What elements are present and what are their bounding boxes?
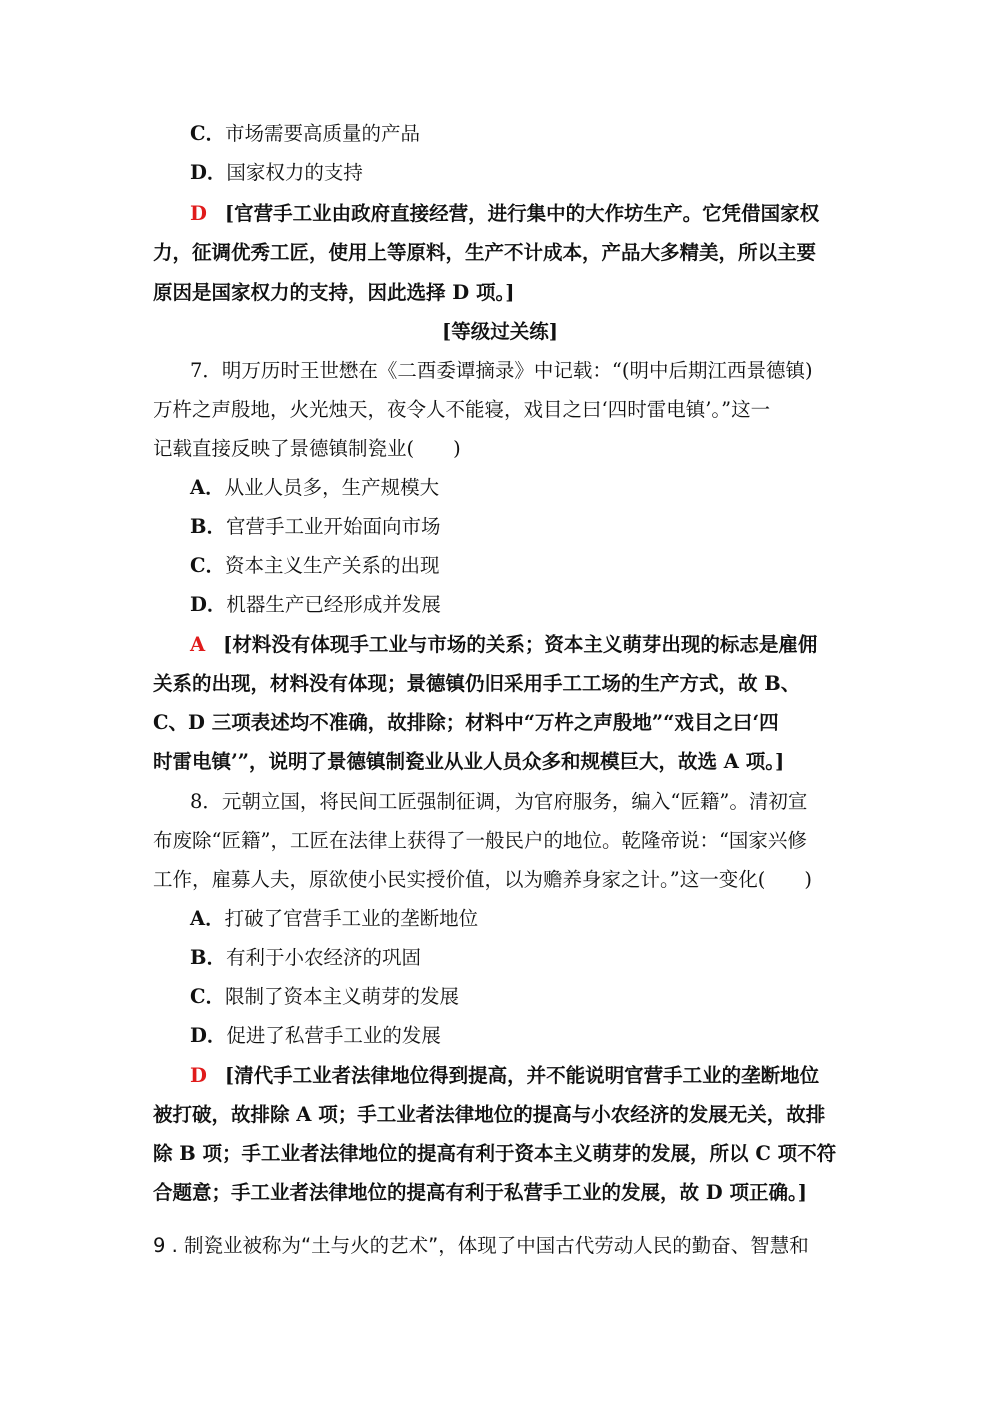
q7-option-a: A．从业人员多，生产规模大 <box>190 476 439 500</box>
q7-option-c: C．资本主义生产关系的出现 <box>190 554 440 578</box>
q8-option-c: C．限制了资本主义萌芽的发展 <box>190 985 459 1009</box>
option-text: 打破了官营手工业的垄断地位 <box>225 907 479 930</box>
q8-stem-line-2: 布废除“匠籍”，工匠在法律上获得了一般民户的地位。乾隆帝说：“国家兴修 <box>153 829 807 853</box>
option-letter: D． <box>190 1024 226 1047</box>
q8-explanation-line-3: 除 B 项；手工业者法律地位的提高有利于资本主义萌芽的发展，所以 C 项不符 <box>153 1142 836 1166</box>
option-text: 机器生产已经形成并发展 <box>226 593 441 616</box>
q6-explanation-line-2: 力，征调优秀工匠，使用上等原料，生产不计成本，产品大多精美，所以主要 <box>153 241 816 265</box>
option-text: 市场需要高质量的产品 <box>225 122 420 145</box>
option-letter: C． <box>190 554 225 577</box>
option-letter: C． <box>190 122 225 145</box>
q8-stem-line-3: 工作，雇募人夫，原欲使小民实授价值，以为赡养身家之计。”这一变化( ) <box>153 868 812 892</box>
option-letter: C． <box>190 985 225 1008</box>
option-text: 促进了私营手工业的发展 <box>226 1024 441 1047</box>
q6-option-c: C．市场需要高质量的产品 <box>190 122 420 146</box>
q6-explanation-line-3: 原因是国家权力的支持，因此选择 D 项。] <box>153 281 514 305</box>
q8-option-a: A．打破了官营手工业的垄断地位 <box>190 907 478 931</box>
q8-option-b: B．有利于小农经济的巩固 <box>190 946 421 970</box>
section-heading: [等级过关练] <box>0 320 1000 344</box>
option-text: 有利于小农经济的巩固 <box>226 946 421 969</box>
q7-option-d: D．机器生产已经形成并发展 <box>190 593 441 617</box>
option-letter: A． <box>190 476 225 499</box>
option-letter: B． <box>190 515 226 538</box>
q8-explanation-line-4: 合题意；手工业者法律地位的提高有利于私营手工业的发展，故 D 项正确。] <box>153 1181 807 1205</box>
option-text: 资本主义生产关系的出现 <box>225 554 440 577</box>
q7-explanation-line-2: 关系的出现，材料没有体现；景德镇仍旧采用手工工场的生产方式，故 B、 <box>153 672 800 696</box>
answer-letter: D <box>190 202 207 225</box>
q8-explanation-line-2: 被打破，故排除 A 项；手工业者法律地位的提高与小农经济的发展无关，故排 <box>153 1103 825 1127</box>
q6-option-d: D．国家权力的支持 <box>190 161 363 185</box>
q7-explanation-line-1: A[材料没有体现手工业与市场的关系；资本主义萌芽出现的标志是雇佣 <box>190 633 817 657</box>
q9-stem-line-1: 9 . 制瓷业被称为“土与火的艺术”，体现了中国古代劳动人民的勤奋、智慧和 <box>153 1234 809 1258</box>
option-letter: A． <box>190 907 225 930</box>
q8-option-d: D．促进了私营手工业的发展 <box>190 1024 441 1048</box>
q8-explanation-line-1: D[清代手工业者法律地位得到提高，并不能说明官营手工业的垄断地位 <box>190 1064 819 1088</box>
option-letter: D． <box>190 161 226 184</box>
answer-letter: A <box>190 633 205 656</box>
q7-stem-line-1: 7．明万历时王世懋在《二酉委谭摘录》中记载：“(明中后期江西景德镇) <box>190 359 813 383</box>
option-letter: D． <box>190 593 226 616</box>
option-text: 限制了资本主义萌芽的发展 <box>225 985 459 1008</box>
option-text: 官营手工业开始面向市场 <box>226 515 441 538</box>
q7-explanation-line-3: C、D 三项表述均不准确，故排除；材料中“万杵之声殷地”“戏目之曰‘四 <box>153 711 779 735</box>
answer-letter: D <box>190 1064 207 1087</box>
option-text: 国家权力的支持 <box>226 161 363 184</box>
q7-stem-line-3: 记载直接反映了景德镇制瓷业( ) <box>153 437 461 461</box>
option-text: 从业人员多，生产规模大 <box>225 476 440 499</box>
q6-explanation-line-1: D[官营手工业由政府直接经营，进行集中的大作坊生产。它凭借国家权 <box>190 202 819 226</box>
q8-stem-line-1: 8．元朝立国，将民间工匠强制征调，为官府服务，编入“匠籍”。清初宣 <box>190 790 807 814</box>
q7-explanation-line-4: 时雷电镇’”，说明了景德镇制瓷业从业人员众多和规模巨大，故选 A 项。] <box>153 750 784 774</box>
q7-stem-line-2: 万杵之声殷地，火光烛天，夜令人不能寝，戏目之曰‘四时雷电镇’。”这一 <box>153 398 770 422</box>
option-letter: B． <box>190 946 226 969</box>
q7-option-b: B．官营手工业开始面向市场 <box>190 515 441 539</box>
